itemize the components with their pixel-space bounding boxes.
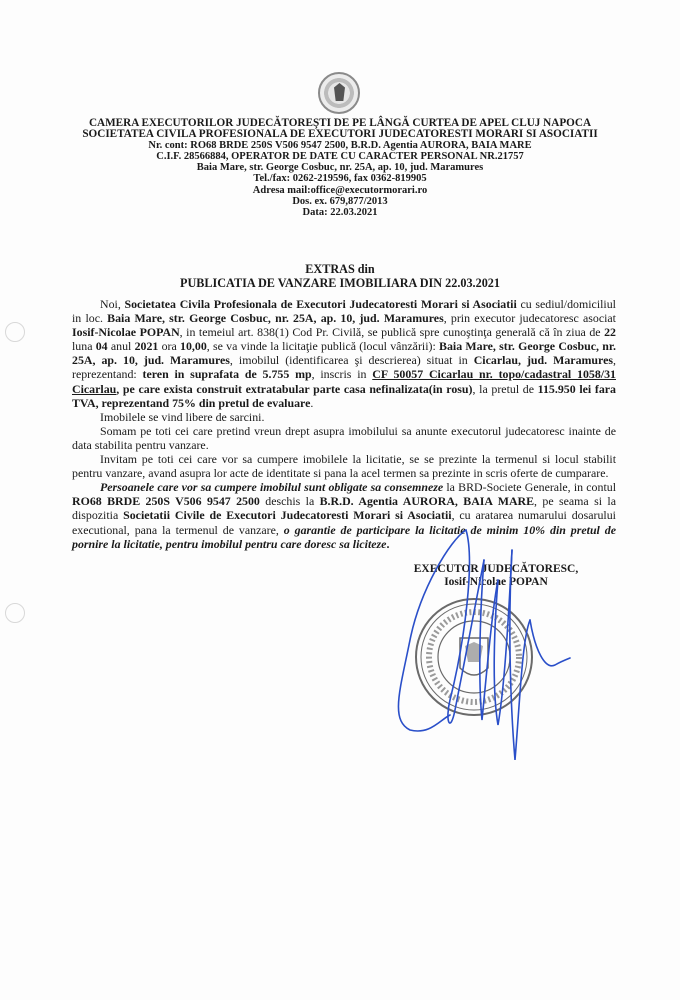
paragraph-summons: Somam pe toti cei care pretind vreun dre… bbox=[72, 424, 616, 452]
paragraph-no-encumbrances: Imobilele se vind libere de sarcini. bbox=[72, 410, 616, 424]
handwritten-signature-icon bbox=[380, 520, 580, 760]
header-phone: Tel./fax: 0262-219596, fax 0362-819905 bbox=[0, 173, 680, 184]
title-extract: EXTRAS din bbox=[0, 262, 680, 276]
header-company: SOCIETATEA CIVILA PROFESIONALA DE EXECUT… bbox=[0, 129, 680, 140]
punch-hole-mark bbox=[5, 322, 25, 342]
punch-hole-mark bbox=[5, 603, 25, 623]
document-title: EXTRAS din PUBLICATIA DE VANZARE IMOBILI… bbox=[0, 262, 680, 290]
paragraph-invitation: Invitam pe toti cei care vor sa cumpere … bbox=[72, 452, 616, 480]
header-case-number: Dos. ex. 679,877/2013 bbox=[0, 196, 680, 207]
header-cif: C.I.F. 28566884, OPERATOR DE DATE CU CAR… bbox=[0, 151, 680, 162]
header-email: Adresa mail:office@executormorari.ro bbox=[0, 185, 680, 196]
title-publication: PUBLICATIA DE VANZARE IMOBILIARA DIN 22.… bbox=[0, 276, 680, 290]
document-body: Noi, Societatea Civila Profesionala de E… bbox=[72, 297, 616, 551]
header-address: Baia Mare, str. George Cosbuc, nr. 25A, … bbox=[0, 162, 680, 173]
paragraph-sale-notice: Noi, Societatea Civila Profesionala de E… bbox=[72, 297, 616, 410]
coat-of-arms-seal-icon bbox=[318, 72, 360, 114]
letterhead: CAMERA EXECUTORILOR JUDECĂTOREŞTI DE PE … bbox=[0, 118, 680, 218]
header-date: Data: 22.03.2021 bbox=[0, 207, 680, 218]
header-bank-account: Nr. cont: RO68 BRDE 250S V506 9547 2500,… bbox=[0, 140, 680, 151]
